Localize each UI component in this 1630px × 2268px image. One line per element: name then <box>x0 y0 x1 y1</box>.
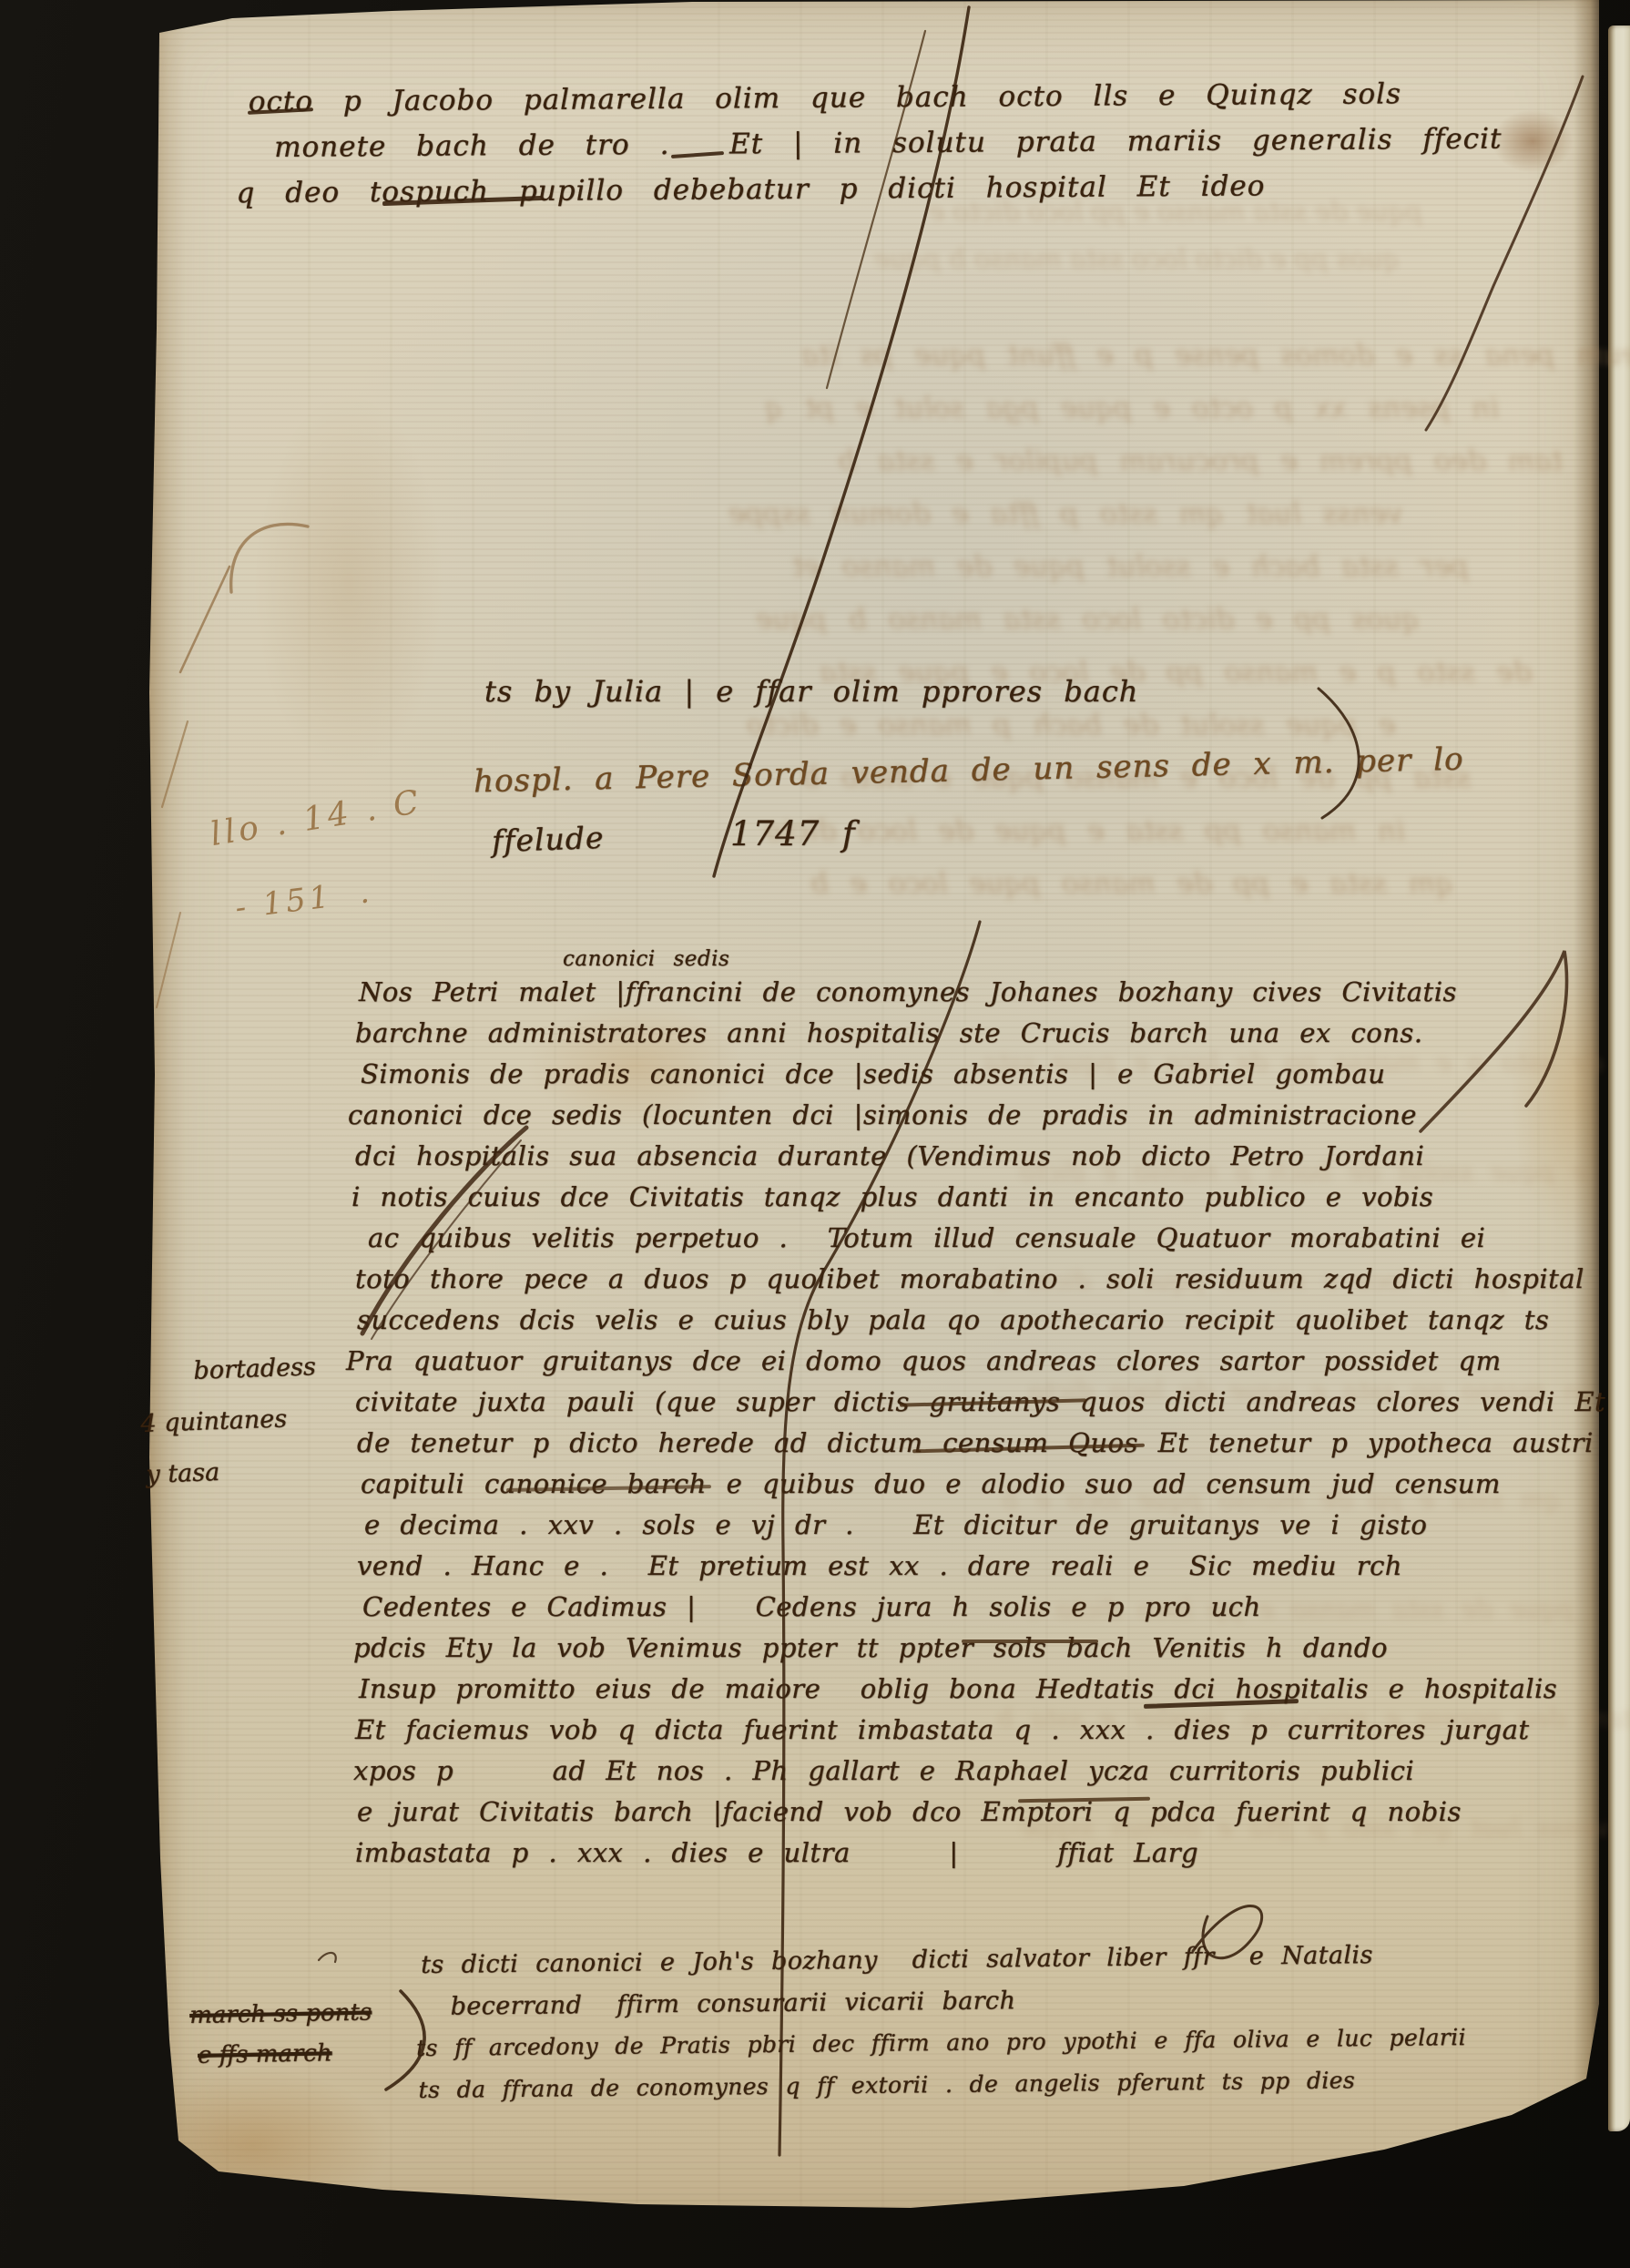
ghost-line: eum pena ss e domos pense p e ffunt pque… <box>801 339 1630 372</box>
manuscript-line: de tenetur p dicto herede ad dictum cens… <box>357 1427 1594 1458</box>
manuscript-line: becerrand ffirm consurarii vicarii barch <box>450 1987 1015 2020</box>
manuscript-line: ac quibus velitis perpetuo . Totum illud… <box>368 1222 1485 1253</box>
gutter-fold-shadow <box>1574 0 1605 2088</box>
manuscript-line: i notis cuius dce Civitatis tanqz plus d… <box>351 1181 1433 1212</box>
manuscript-line: canonici dce sedis (locunten dci |simoni… <box>348 1099 1417 1130</box>
ghost-line: in psens xx p octo e pque pga solut e pt… <box>765 392 1499 424</box>
manuscript-line: Et faciemus vob q dicta fuerint imbastat… <box>355 1714 1530 1745</box>
margin-note-line: 4 quintanes <box>140 1405 288 1438</box>
ghost-line: in manso pp ssta e pque de loco dicto <box>765 814 1405 847</box>
manuscript-line: Pra quatuor gruitanys dce ei domo quos a… <box>346 1345 1502 1376</box>
margin-note-line: bortadess <box>193 1353 316 1385</box>
manuscript-line: capituli canonice barch e quibus duo e a… <box>361 1468 1501 1499</box>
manuscript-line: toto thore pece a duos p quolibet moraba… <box>355 1263 1584 1294</box>
manuscript-line: imbastata p . xxx . dies e ultra | ffiat… <box>355 1837 1198 1868</box>
interlinear-insertion: canonici sedis <box>563 947 729 971</box>
manuscript-line: pdcis Ety la vob Venimus ppter tt ppter … <box>353 1632 1388 1663</box>
docket-year: 1747 f <box>730 814 856 853</box>
ghost-line: e pque ssolut de bach p manso e dicto <box>747 709 1396 741</box>
manuscript-line: Simonis de pradis canonici dce |sedis ab… <box>361 1058 1385 1089</box>
manuscript-line: Insup promitto eius de maiore oblig bona… <box>359 1673 1557 1704</box>
ghost-line: quos pp e dicto loco ssta manso b pque <box>874 243 1400 274</box>
margin-note-line: y tasa <box>146 1458 220 1489</box>
ghost-line: per ssta bach e ssolut pque de manso et <box>792 550 1469 583</box>
ghost-line: tam deo pprem e procuram pupilor e ssta … <box>838 444 1563 477</box>
underline-mark <box>962 1640 1098 1643</box>
manuscript-line: barchne administratores anni hospitalis … <box>355 1017 1422 1048</box>
deckle-edge-shading <box>144 0 186 2233</box>
ghost-line: venss luat qm ssto p ffta e domun ssppe <box>728 497 1402 530</box>
manuscript-line: e decima . xxv . sols e vj dr . Et dicit… <box>364 1509 1427 1540</box>
manuscript-line: dci hospitalis sua absencia durante (Ven… <box>355 1140 1424 1171</box>
docket-title-line: ts by Julia | e ffar olim pprores bach <box>484 674 1138 709</box>
manuscript-line: Nos Petri malet |ffrancini de conomynes … <box>359 976 1457 1007</box>
manuscript-line: e jurat Civitatis barch |faciend vob dco… <box>357 1796 1462 1827</box>
ghost-line: quos pp e dicto loco ssta manso b pque <box>756 603 1420 636</box>
struck-line: march ss ponts <box>189 1999 372 2029</box>
docket-salutation: ffelude <box>491 820 605 859</box>
manuscript-line: vend . Hanc e . Et pretium est xx . dare… <box>357 1550 1402 1581</box>
manuscript-line: Cedentes e Cadimus | Cedens jura h solis… <box>362 1591 1261 1622</box>
manuscript-line: succedens dcis velis e cuius bly pala qo… <box>357 1304 1549 1335</box>
manuscript-line: xpos p ad Et nos . Ph gallart e Raphael … <box>353 1755 1414 1786</box>
photograph-backdrop: eum pena ss e domos pense p e ffunt pque… <box>0 0 1630 2268</box>
ghost-line: qm ssta e pp de manso pque loco e b <box>810 867 1453 900</box>
struck-line: e ffs march <box>198 2039 332 2069</box>
